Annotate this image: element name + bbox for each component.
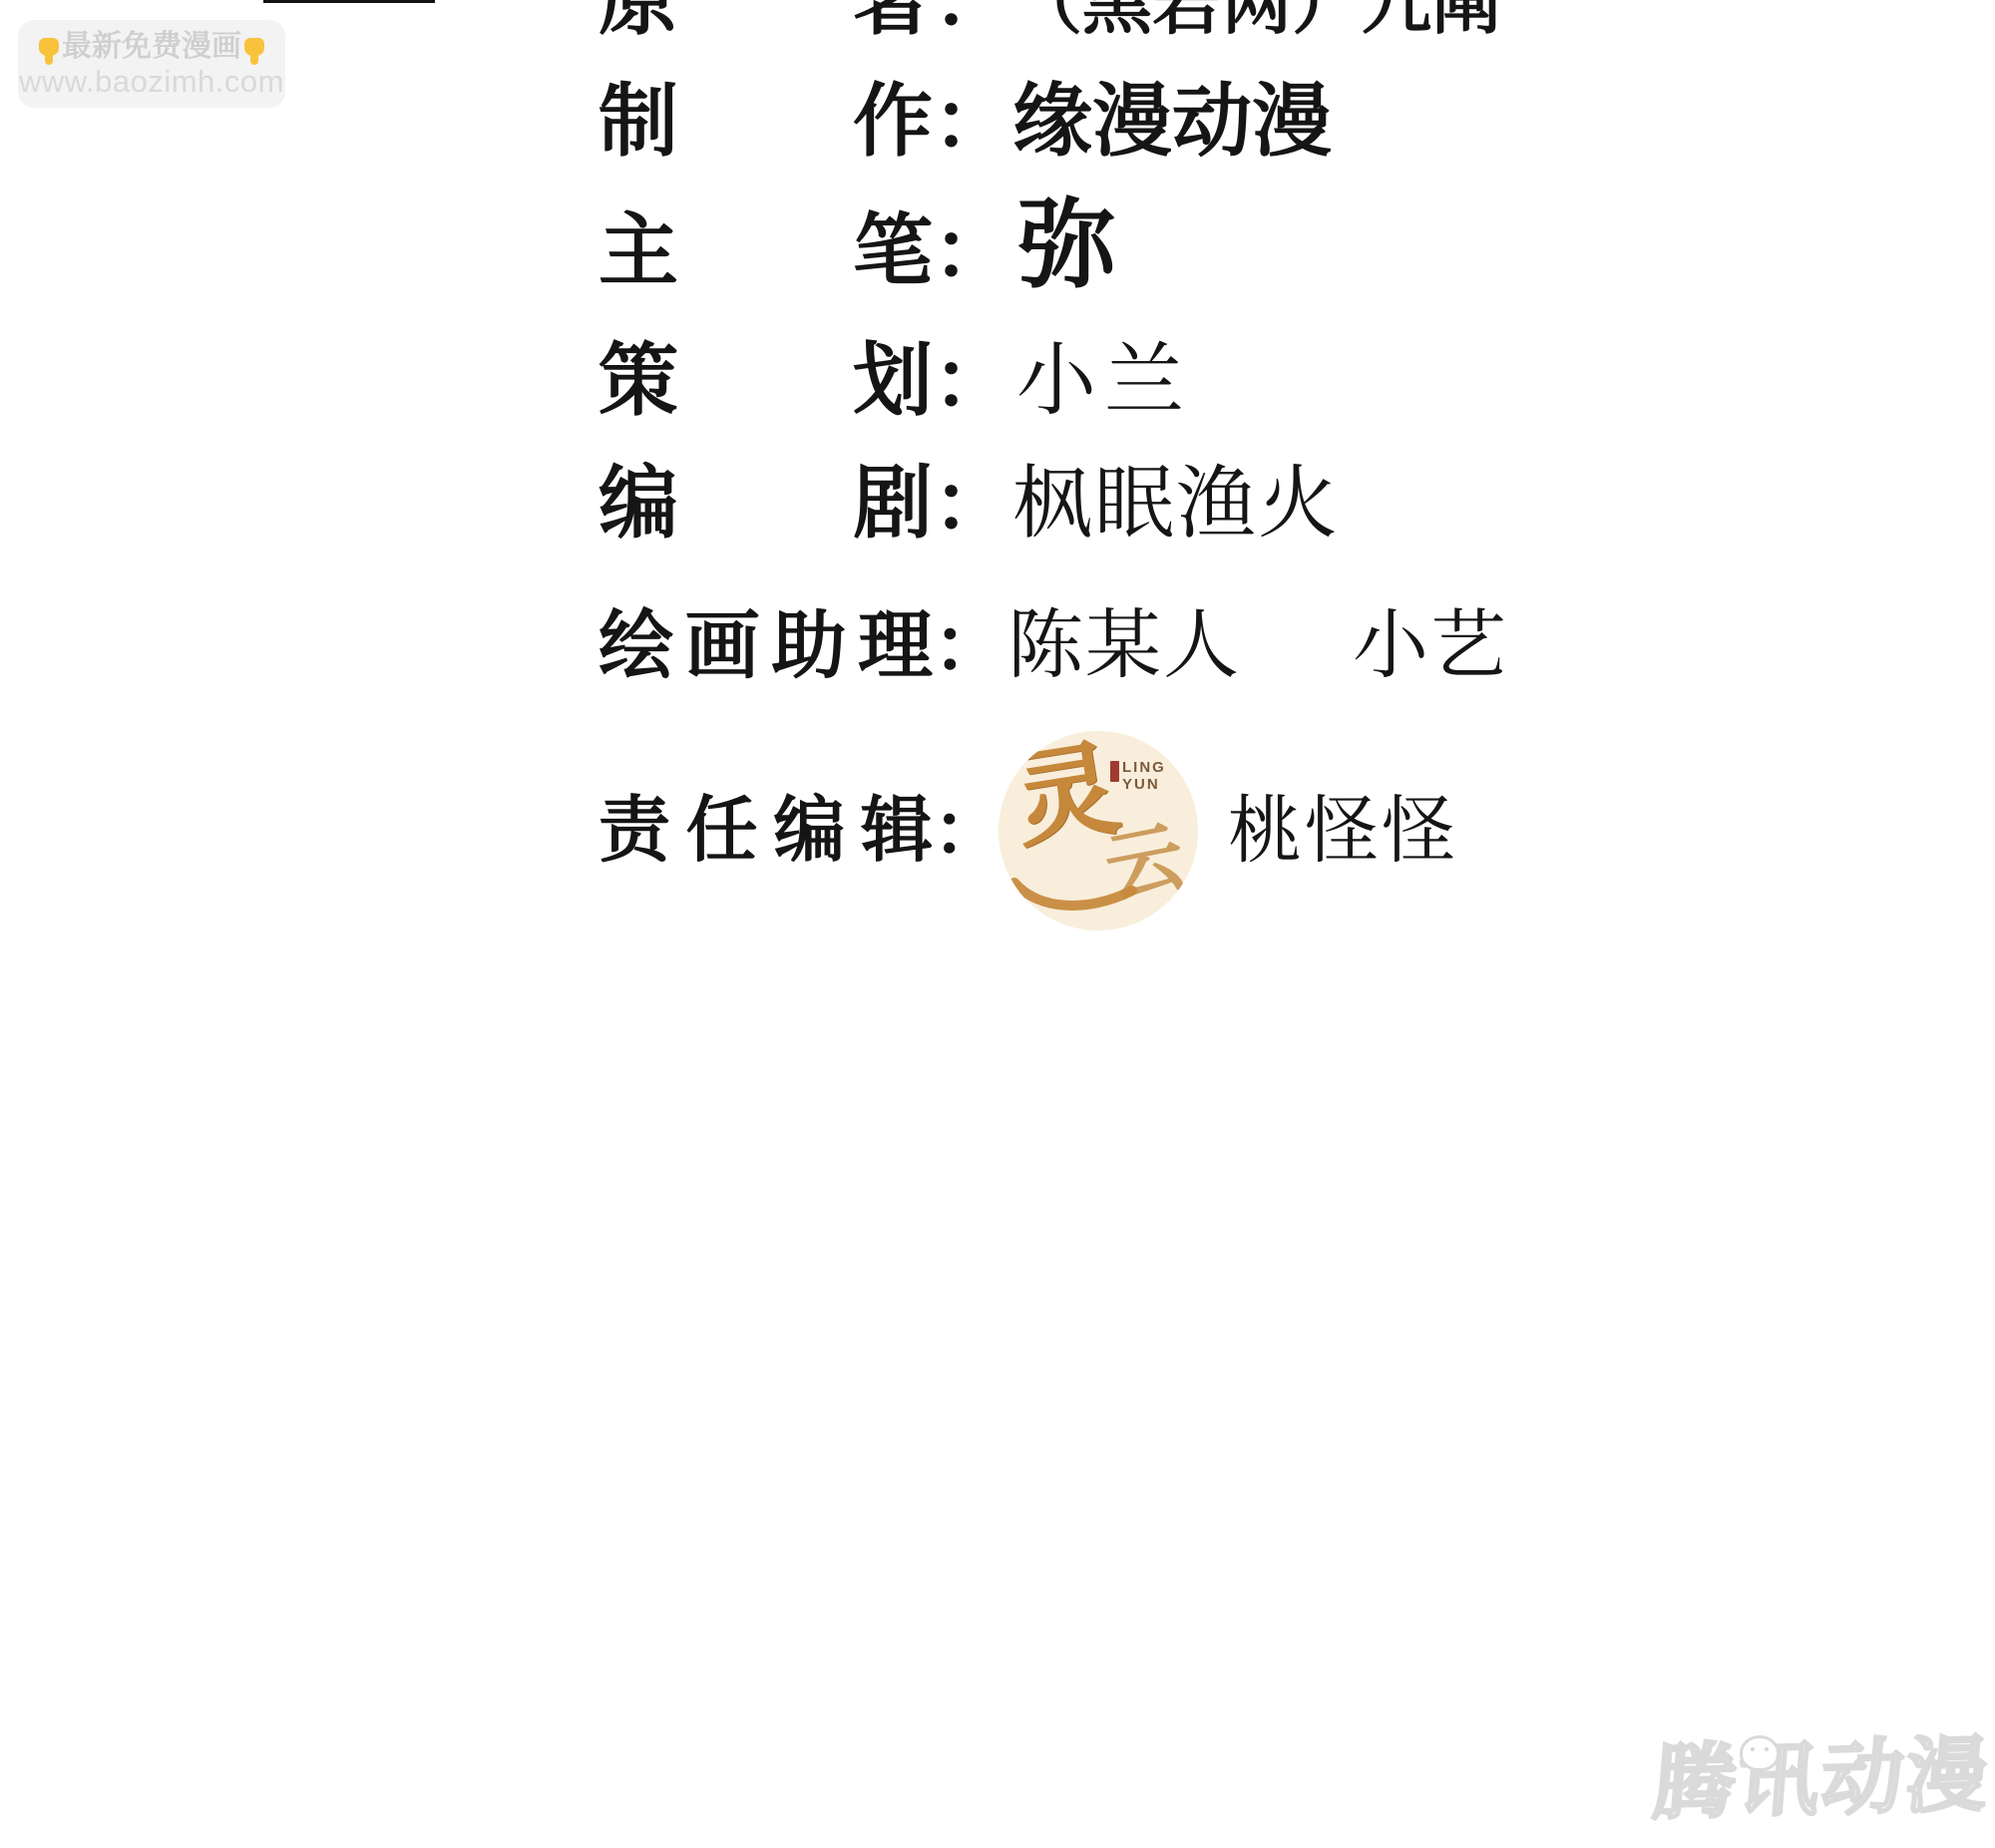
- credit-value: 缘漫动漫: [1012, 82, 1332, 162]
- credit-colon: ：: [933, 0, 1012, 40]
- credit-label: 主笔: [598, 211, 933, 291]
- credit-value: 小兰: [1016, 341, 1192, 421]
- promo-text: 最新免费漫画: [62, 32, 241, 62]
- credit-colon: ：: [933, 211, 1012, 291]
- credit-row-original-author: 原著：（黑岩网）九阐: [598, 0, 1501, 40]
- lingyun-studio-logo: 灵 云 LING YUN: [998, 731, 1198, 930]
- baozimh-promo-badge: 最新免费漫画 www.baozimh.com: [18, 20, 285, 108]
- credit-colon: ：: [933, 341, 1012, 421]
- credit-label: 策划: [598, 341, 933, 421]
- cropped-panel-remnant: [263, 0, 435, 3]
- credit-colon: ：: [933, 82, 1012, 162]
- credit-colon: ：: [933, 608, 1007, 683]
- credit-colon: ：: [933, 464, 1012, 544]
- brush-swoosh-icon: [1008, 873, 1138, 915]
- point-down-hand-icon: [244, 38, 264, 56]
- promo-line1: 最新免费漫画: [39, 32, 264, 62]
- logo-latin-text: LING YUN: [1122, 759, 1166, 794]
- credit-row-chief-editor: 责任编辑： 灵 云 LING YUN 桃怪怪: [598, 731, 1458, 930]
- credit-row-planning: 策划：小兰: [598, 341, 1192, 421]
- credit-label: 原著: [598, 0, 933, 40]
- red-seal-icon: [1110, 761, 1119, 782]
- credit-row-art-assistants: 绘画助理：陈某人小艺: [598, 608, 1508, 684]
- credit-value-1: 陈某人: [1007, 608, 1241, 684]
- credit-label: 责任编辑: [598, 795, 933, 867]
- credit-label: 绘画助理: [598, 608, 933, 683]
- logo-latin-line1: LING: [1122, 759, 1166, 776]
- logo-latin-line2: YUN: [1122, 776, 1160, 793]
- comic-credits-page: 最新免费漫画 www.baozimh.com 原著：（黑岩网）九阐 制作：缘漫动…: [0, 0, 1995, 1848]
- credit-row-lead-artist: 主笔：弥: [598, 197, 1116, 295]
- credit-row-screenwriter: 编剧：枫眠渔火: [598, 464, 1340, 545]
- penguin-icon: [1740, 1735, 1780, 1771]
- logo-latin-block: LING YUN: [1110, 759, 1166, 794]
- credit-value-2: 小艺: [1353, 608, 1508, 684]
- promo-url: www.baozimh.com: [19, 66, 284, 97]
- credit-colon: ：: [933, 795, 1004, 867]
- tencent-comics-watermark: 腾讯动漫: [1650, 1735, 1992, 1826]
- credit-label: 制作: [598, 82, 933, 162]
- credit-row-production: 制作：缘漫动漫: [598, 82, 1332, 162]
- credit-value: 弥: [1018, 197, 1116, 295]
- credit-value: 桃怪怪: [1228, 794, 1458, 868]
- point-down-hand-icon: [39, 38, 59, 56]
- credit-label: 编剧: [598, 464, 933, 544]
- credit-value: （黑岩网）九阐: [1012, 0, 1501, 38]
- credit-value: 枫眠渔火: [1012, 465, 1340, 545]
